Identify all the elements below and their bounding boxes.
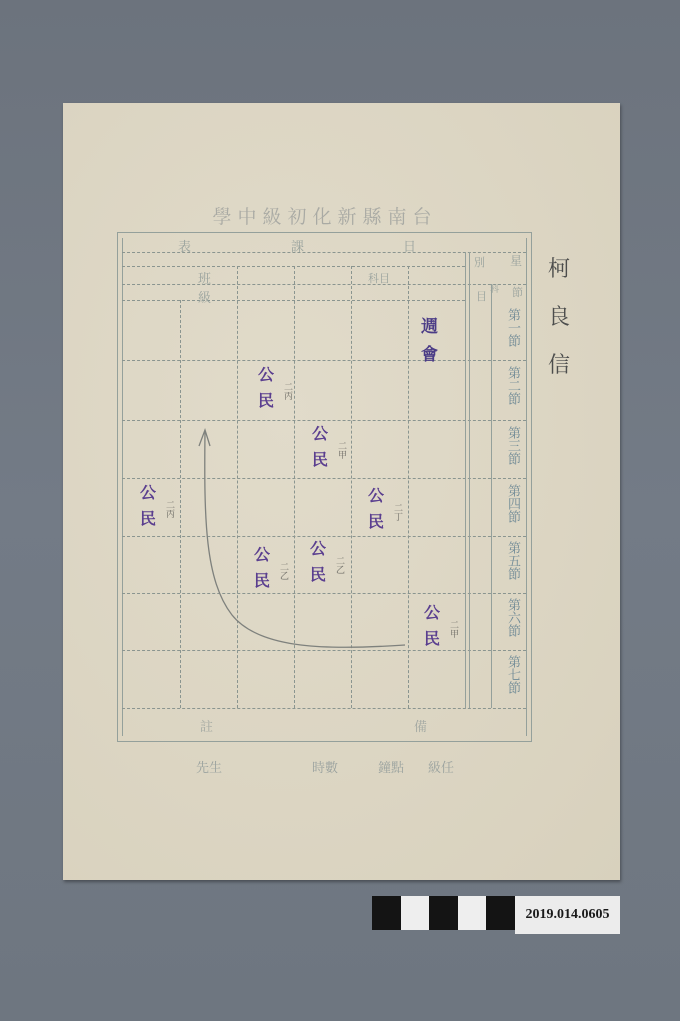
- name-char-2: 良: [548, 294, 578, 342]
- footer-char-2: 備: [414, 716, 427, 735]
- name-char-3: 信: [548, 342, 578, 390]
- handwritten-name: 柯 良 信: [548, 246, 578, 390]
- footer-char-1: 註: [200, 716, 213, 735]
- sign-teacher-label: 先生: [196, 757, 222, 776]
- color-scale-bar: [372, 896, 515, 930]
- pencil-arrow-icon: [0, 0, 680, 1021]
- accession-number-label: 2019.014.0605: [515, 896, 620, 934]
- sign-homeroom-label: 級任: [428, 757, 454, 776]
- sign-hours-label: 時數: [312, 757, 338, 776]
- sign-clock-label: 鐘點: [378, 757, 404, 776]
- name-char-1: 柯: [548, 246, 578, 294]
